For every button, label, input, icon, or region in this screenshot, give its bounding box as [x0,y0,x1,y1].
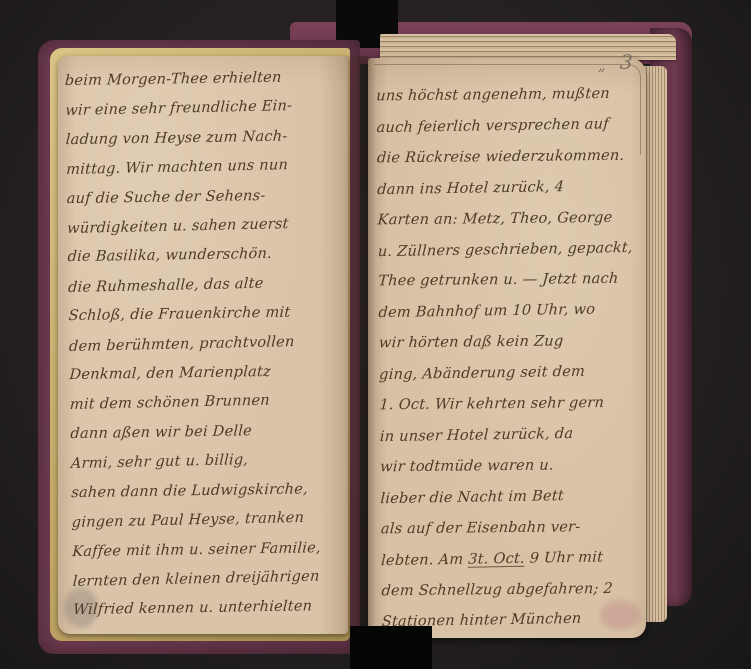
handwriting-text: Kaffee mit ihm u. seiner Familie, [72,539,321,560]
handwriting-line: uns höchst angenehm, mußten [375,79,639,113]
handwriting-line: 1. Oct. Wir kehrten sehr gern [379,388,643,422]
handwriting-text: wir hörten daß kein Zug [378,333,564,352]
handwriting-text: die Rückreise wiederzukommen. [376,147,624,167]
left-page-handwriting: beim Morgen-Thee erhieltenwir eine sehr … [65,62,346,625]
page-stack-right-edge [644,66,667,622]
handwriting-text: mit dem schönen Brunnen [69,392,270,413]
handwriting-text: die Ruhmeshalle, das alte [68,275,264,296]
handwriting-text: würdigkeiten u. sahen zuerst [67,215,289,237]
handwriting-line: Karten an: Metz, Theo, George [377,202,641,236]
handwriting-text: Karten an: Metz, Theo, George [377,209,613,228]
handwriting-text: Denkmal, den Marienplatz [69,363,271,383]
page-number: 3 [619,50,633,75]
handwriting-text: ging, Abänderung seit dem [379,363,586,383]
handwriting-line: dem Bahnhof um 10 Uhr, wo [378,294,642,329]
handwriting-line: gingen zu Paul Heyse, tranken [71,502,344,537]
handwriting-line: ging, Abänderung seit dem [378,356,642,391]
handwriting-text: u. Züllners geschrieben, gepackt, [377,238,633,259]
handwriting-line: u. Züllners geschrieben, gepackt, [377,232,641,267]
handwriting-line: wir todtmüde waren u. [379,449,643,483]
handwriting-line: dem Schnellzug abgefahren; 2 [381,573,645,607]
handwriting-line: wir hörten daß kein Zug [378,326,642,360]
handwriting-text: dem Bahnhof um 10 Uhr, wo [378,301,596,322]
handwriting-text: dem berühmten, prachtvollen [69,333,295,355]
handwriting-line: Thee getrunken u. — Jetzt nach [377,264,641,298]
handwriting-line: Armi, sehr gut u. billig, [70,443,343,478]
handwriting-text: 9 Uhr mit [524,548,603,566]
handwriting-text: Thee getrunken u. — Jetzt nach [378,270,619,290]
handwriting-text: lebten. Am [381,550,469,568]
handwriting-text: wir eine sehr freundliche Ein- [65,97,293,119]
handwriting-text: dem Schnellzug abgefahren; 2 [381,579,613,598]
handwriting-line: lebten. Am 3t. Oct. 9 Uhr mit [380,541,644,576]
handwriting-text: Armi, sehr gut u. billig, [70,451,248,472]
handwriting-line: die Rückreise wiederzukommen. [376,140,640,174]
handwriting-text: 1. Oct. Wir kehrten sehr gern [379,394,605,413]
handwriting-text: sahen dann die Ludwigskirche, [71,480,308,501]
handwriting-line: Schloß, die Frauenkirche mit [68,297,342,331]
handwriting-text: gingen zu Paul Heyse, tranken [71,509,304,531]
handwriting-text: ladung von Heyse zum Nach- [65,127,288,147]
underlined-date: 3t. Oct. [468,549,526,567]
handwriting-text: in unser Hotel zurück, da [379,425,573,445]
handwriting-line: lieber die Nacht im Bett [380,480,644,515]
handwriting-text: die Basilika, wunderschön. [67,245,272,265]
handwriting-text: dann aßen wir bei Delle [70,422,252,442]
handwriting-text: uns höchst angenehm, mußten [376,85,611,104]
handwriting-text: Wilfried kennen u. unterhielten [73,598,313,619]
handwriting-text: Stationen hinter München [381,610,582,630]
book-gutter-shadow [344,56,376,636]
handwriting-text: als auf der Eisenbahn ver- [380,518,581,537]
handwriting-text: mittag. Wir machten uns nun [66,156,289,178]
handwriting-text: auf die Suche der Sehens- [66,187,266,207]
handwriting-text: wir todtmüde waren u. [380,456,555,475]
handwriting-line: in unser Hotel zurück, da [379,418,643,453]
handwriting-line: mittag. Wir machten uns nun [65,149,338,184]
handwriting-text: beim Morgen-Thee erhielten [64,69,282,89]
handwriting-line: als auf der Eisenbahn ver- [380,511,644,545]
handwriting-line: auch feierlich versprechen auf [376,109,640,144]
pencil-mark: „ [598,56,606,74]
handwriting-text: lernten den kleinen dreijährigen [72,567,320,589]
right-page-handwriting: uns höchst angenehm, mußtenauch feierlic… [376,79,644,638]
handwriting-line: Wilfried kennen u. unterhielten [72,591,346,625]
handwriting-text: Schloß, die Frauenkirche mit [68,304,291,325]
handwriting-text: dann ins Hotel zurück, 4 [377,178,565,198]
photo-background: „ 3 beim Morgen-Thee erhieltenwir eine s… [0,0,751,669]
handwriting-line: Stationen hinter München [381,603,645,638]
handwriting-text: auch feierlich versprechen auf [376,115,609,136]
handwriting-line: dann ins Hotel zurück, 4 [376,171,640,206]
handwriting-text: lieber die Nacht im Bett [380,487,564,507]
